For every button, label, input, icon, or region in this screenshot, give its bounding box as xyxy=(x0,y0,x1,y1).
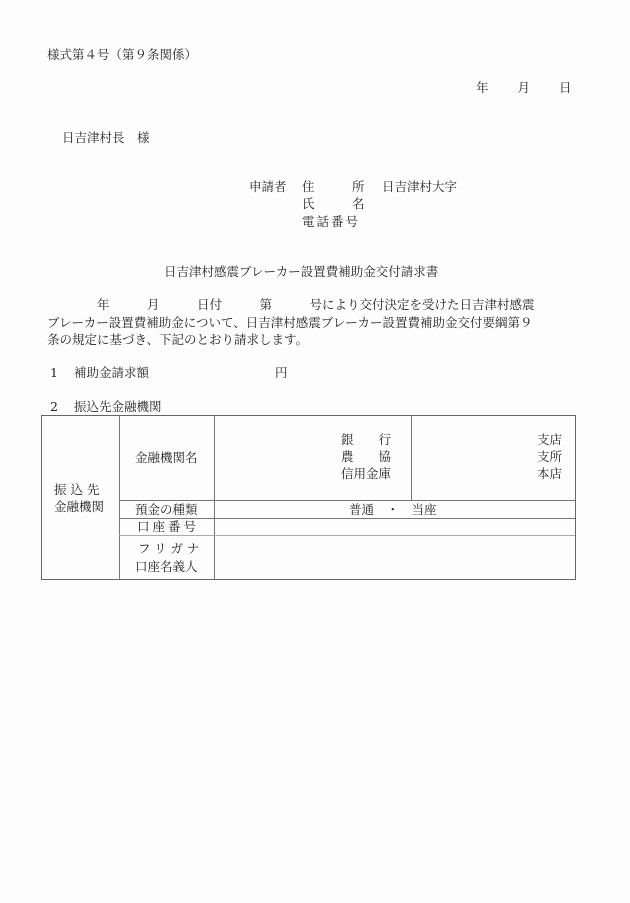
date-line: 年月日 xyxy=(476,82,572,95)
institution-name-label: 金融機関名 xyxy=(135,452,198,465)
address-value[interactable]: 日吉津村大字 xyxy=(382,181,457,194)
branch-type-shisho: 支所 xyxy=(537,451,562,464)
account-holder-label: 口座名義人 xyxy=(135,561,198,574)
account-number-label: 口座番号 xyxy=(137,521,199,534)
addressee: 日吉津村長 様 xyxy=(62,132,150,145)
institution-type-bank: 銀 行 xyxy=(341,434,391,447)
yen-unit: 円 xyxy=(275,367,288,380)
deposit-type-options[interactable]: 普通 ・ 当座 xyxy=(349,504,437,517)
document-title: 日吉津村感震ブレーカー設置費補助金交付請求書 xyxy=(164,266,438,279)
bank-table: 振 込 先 金融機関 金融機関名 銀 行 農 協 信用金庫 支店 支所 本店 預… xyxy=(41,415,576,580)
furigana-label: フリガナ xyxy=(138,543,203,556)
body-text: 年 月 日付 第 号により交付決定を受けた日吉津村感震 ブレーカー設置費補助金に… xyxy=(47,296,577,349)
item-bank: 2 振込先金融機関 xyxy=(50,401,58,414)
institution-name-field[interactable]: 銀 行 農 協 信用金庫 xyxy=(215,416,411,500)
date-day-label: 日 xyxy=(559,82,572,95)
body-line: ブレーカー設置費補助金について、日吉津村感震ブレーカー設置費補助金交付要綱第９ xyxy=(47,314,577,332)
item-label: 振込先金融機関 xyxy=(74,401,162,414)
item-number: 2 xyxy=(50,399,58,414)
account-number-field[interactable] xyxy=(215,519,575,535)
group-label: 金融機関 xyxy=(54,501,104,514)
branch-type-shiten: 支店 xyxy=(537,434,562,447)
body-line: 条の規定に基づき、下記のとおり請求します。 xyxy=(47,331,577,349)
institution-type-shinkin: 信用金庫 xyxy=(341,468,391,481)
branch-type-honten: 本店 xyxy=(537,468,562,481)
deposit-type-label: 預金の種類 xyxy=(135,504,198,517)
phone-label: 電話番号 xyxy=(302,216,360,229)
group-label: 振 込 先 xyxy=(54,484,99,497)
item-number: 1 xyxy=(50,365,58,380)
table-divider xyxy=(119,500,575,501)
institution-type-ja: 農 協 xyxy=(341,451,391,464)
account-holder-field[interactable] xyxy=(215,536,575,579)
date-year-label: 年 xyxy=(476,82,489,95)
date-month-label: 月 xyxy=(518,82,531,95)
form-number: 様式第４号（第９条関係） xyxy=(47,49,197,62)
body-line: 年 月 日付 第 号により交付決定を受けた日吉津村感震 xyxy=(47,296,577,314)
item-subsidy-amount: 1 補助金請求額 円 xyxy=(50,367,58,380)
item-label: 補助金請求額 xyxy=(74,367,149,380)
address-label: 住 所 xyxy=(302,181,365,194)
table-divider xyxy=(119,416,120,579)
branch-name-field[interactable]: 支店 支所 本店 xyxy=(412,416,575,500)
name-label: 氏 名 xyxy=(302,198,365,211)
applicant-label: 申請者 xyxy=(249,181,287,194)
